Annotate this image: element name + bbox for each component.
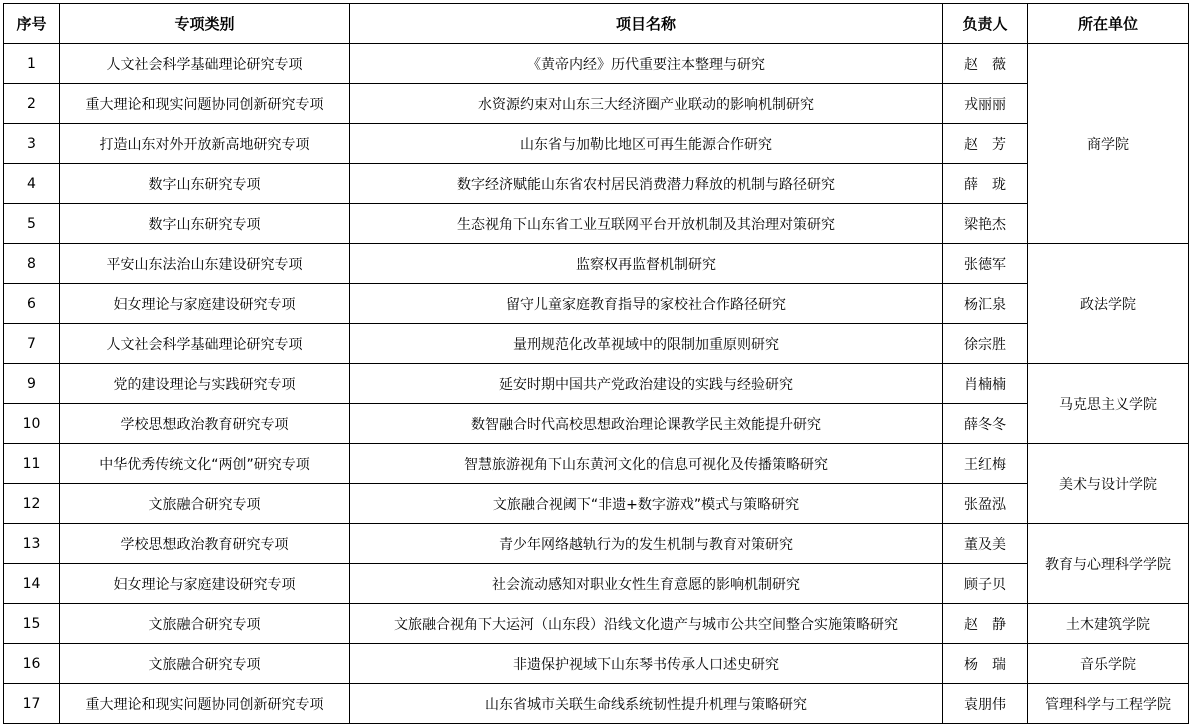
row-project: 生态视角下山东省工业互联网平台开放机制及其治理对策研究	[350, 204, 943, 244]
row-no: 2	[4, 84, 60, 124]
header-no: 序号	[4, 4, 60, 44]
row-project: 文旅融合视角下大运河（山东段）沿线文化遗产与城市公共空间整合实施策略研究	[350, 604, 943, 644]
row-leader: 赵 薇	[943, 44, 1028, 84]
table-row: 10 学校思想政治教育研究专项 数智融合时代高校思想政治理论课教学民主效能提升研…	[4, 404, 1189, 444]
header-category: 专项类别	[60, 4, 350, 44]
row-category: 妇女理论与家庭建设研究专项	[60, 284, 350, 324]
row-leader: 徐宗胜	[943, 324, 1028, 364]
header-leader: 负责人	[943, 4, 1028, 44]
row-no: 10	[4, 404, 60, 444]
row-leader: 肖楠楠	[943, 364, 1028, 404]
table-row: 9 党的建设理论与实践研究专项 延安时期中国共产党政治建设的实践与经验研究 肖楠…	[4, 364, 1189, 404]
row-leader: 张盈泓	[943, 484, 1028, 524]
row-leader: 杨汇泉	[943, 284, 1028, 324]
row-category: 打造山东对外开放新高地研究专项	[60, 124, 350, 164]
row-unit: 音乐学院	[1028, 644, 1189, 684]
row-unit: 教育与心理科学学院	[1028, 524, 1189, 604]
row-project: 山东省与加勒比地区可再生能源合作研究	[350, 124, 943, 164]
header-project: 项目名称	[350, 4, 943, 44]
table-row: 5 数字山东研究专项 生态视角下山东省工业互联网平台开放机制及其治理对策研究 梁…	[4, 204, 1189, 244]
row-leader: 赵 静	[943, 604, 1028, 644]
row-no: 1	[4, 44, 60, 84]
row-no: 13	[4, 524, 60, 564]
row-project: 山东省城市关联生命线系统韧性提升机理与策略研究	[350, 684, 943, 724]
row-no: 4	[4, 164, 60, 204]
row-project: 智慧旅游视角下山东黄河文化的信息可视化及传播策略研究	[350, 444, 943, 484]
row-no: 8	[4, 244, 60, 284]
row-category: 学校思想政治教育研究专项	[60, 404, 350, 444]
row-no: 11	[4, 444, 60, 484]
row-category: 中华优秀传统文化“两创”研究专项	[60, 444, 350, 484]
table-row: 1 人文社会科学基础理论研究专项 《黄帝内经》历代重要注本整理与研究 赵 薇 商…	[4, 44, 1189, 84]
header-row: 序号 专项类别 项目名称 负责人 所在单位	[4, 4, 1189, 44]
row-no: 5	[4, 204, 60, 244]
row-category: 文旅融合研究专项	[60, 604, 350, 644]
row-leader: 董及美	[943, 524, 1028, 564]
row-category: 人文社会科学基础理论研究专项	[60, 324, 350, 364]
row-no: 16	[4, 644, 60, 684]
table-row: 14 妇女理论与家庭建设研究专项 社会流动感知对职业女性生育意愿的影响机制研究 …	[4, 564, 1189, 604]
row-unit: 马克思主义学院	[1028, 364, 1189, 444]
row-project: 数字经济赋能山东省农村居民消费潜力释放的机制与路径研究	[350, 164, 943, 204]
row-category: 重大理论和现实问题协同创新研究专项	[60, 84, 350, 124]
table-row: 12 文旅融合研究专项 文旅融合视阈下“非遗+数字游戏”模式与策略研究 张盈泓	[4, 484, 1189, 524]
table-row: 7 人文社会科学基础理论研究专项 量刑规范化改革视域中的限制加重原则研究 徐宗胜	[4, 324, 1189, 364]
row-category: 重大理论和现实问题协同创新研究专项	[60, 684, 350, 724]
table-row: 3 打造山东对外开放新高地研究专项 山东省与加勒比地区可再生能源合作研究 赵 芳	[4, 124, 1189, 164]
row-no: 7	[4, 324, 60, 364]
row-unit: 美术与设计学院	[1028, 444, 1189, 524]
project-table: 序号 专项类别 项目名称 负责人 所在单位 1 人文社会科学基础理论研究专项 《…	[3, 3, 1189, 724]
row-leader: 赵 芳	[943, 124, 1028, 164]
row-leader: 杨 瑞	[943, 644, 1028, 684]
row-category: 学校思想政治教育研究专项	[60, 524, 350, 564]
row-category: 文旅融合研究专项	[60, 484, 350, 524]
row-leader: 薛冬冬	[943, 404, 1028, 444]
row-project: 文旅融合视阈下“非遗+数字游戏”模式与策略研究	[350, 484, 943, 524]
row-category: 妇女理论与家庭建设研究专项	[60, 564, 350, 604]
row-project: 水资源约束对山东三大经济圈产业联动的影响机制研究	[350, 84, 943, 124]
table-row: 2 重大理论和现实问题协同创新研究专项 水资源约束对山东三大经济圈产业联动的影响…	[4, 84, 1189, 124]
row-unit: 土木建筑学院	[1028, 604, 1189, 644]
row-no: 9	[4, 364, 60, 404]
row-unit: 政法学院	[1028, 244, 1189, 364]
row-leader: 顾子贝	[943, 564, 1028, 604]
header-unit: 所在单位	[1028, 4, 1189, 44]
row-project: 延安时期中国共产党政治建设的实践与经验研究	[350, 364, 943, 404]
row-no: 15	[4, 604, 60, 644]
row-project: 青少年网络越轨行为的发生机制与教育对策研究	[350, 524, 943, 564]
row-leader: 张德军	[943, 244, 1028, 284]
row-no: 3	[4, 124, 60, 164]
row-no: 17	[4, 684, 60, 724]
table-row: 13 学校思想政治教育研究专项 青少年网络越轨行为的发生机制与教育对策研究 董及…	[4, 524, 1189, 564]
row-project: 留守儿童家庭教育指导的家校社合作路径研究	[350, 284, 943, 324]
row-category: 人文社会科学基础理论研究专项	[60, 44, 350, 84]
row-no: 6	[4, 284, 60, 324]
row-project: 数智融合时代高校思想政治理论课教学民主效能提升研究	[350, 404, 943, 444]
row-unit: 商学院	[1028, 44, 1189, 244]
row-project: 《黄帝内经》历代重要注本整理与研究	[350, 44, 943, 84]
row-unit: 管理科学与工程学院	[1028, 684, 1189, 724]
table-row: 8 平安山东法治山东建设研究专项 监察权再监督机制研究 张德军 政法学院	[4, 244, 1189, 284]
table-row: 6 妇女理论与家庭建设研究专项 留守儿童家庭教育指导的家校社合作路径研究 杨汇泉	[4, 284, 1189, 324]
table-row: 4 数字山东研究专项 数字经济赋能山东省农村居民消费潜力释放的机制与路径研究 薛…	[4, 164, 1189, 204]
row-leader: 袁朋伟	[943, 684, 1028, 724]
row-category: 平安山东法治山东建设研究专项	[60, 244, 350, 284]
row-category: 数字山东研究专项	[60, 164, 350, 204]
row-leader: 戎丽丽	[943, 84, 1028, 124]
row-project: 社会流动感知对职业女性生育意愿的影响机制研究	[350, 564, 943, 604]
row-category: 文旅融合研究专项	[60, 644, 350, 684]
row-category: 数字山东研究专项	[60, 204, 350, 244]
row-leader: 王红梅	[943, 444, 1028, 484]
table-row: 17 重大理论和现实问题协同创新研究专项 山东省城市关联生命线系统韧性提升机理与…	[4, 684, 1189, 724]
table-row: 16 文旅融合研究专项 非遗保护视域下山东琴书传承人口述史研究 杨 瑞 音乐学院	[4, 644, 1189, 684]
table-row: 11 中华优秀传统文化“两创”研究专项 智慧旅游视角下山东黄河文化的信息可视化及…	[4, 444, 1189, 484]
row-leader: 梁艳杰	[943, 204, 1028, 244]
table-row: 15 文旅融合研究专项 文旅融合视角下大运河（山东段）沿线文化遗产与城市公共空间…	[4, 604, 1189, 644]
row-project: 监察权再监督机制研究	[350, 244, 943, 284]
row-category: 党的建设理论与实践研究专项	[60, 364, 350, 404]
row-project: 量刑规范化改革视域中的限制加重原则研究	[350, 324, 943, 364]
row-project: 非遗保护视域下山东琴书传承人口述史研究	[350, 644, 943, 684]
row-no: 14	[4, 564, 60, 604]
row-leader: 薛 珑	[943, 164, 1028, 204]
row-no: 12	[4, 484, 60, 524]
